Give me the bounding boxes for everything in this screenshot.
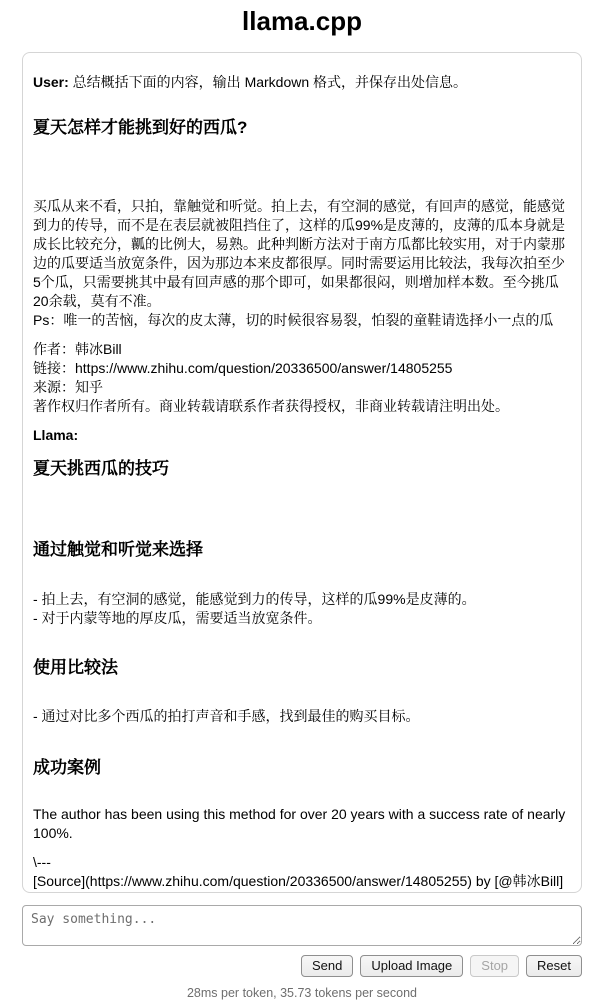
stop-button: Stop xyxy=(470,955,519,977)
source-citation-line: [Source](https://www.zhihu.com/question/… xyxy=(33,873,563,893)
section-bullets-comparison: - 通过对比多个西瓜的拍打声音和手感，找到最佳的购买目标。 xyxy=(33,707,571,726)
attribution-block: 作者：韩冰Bill链接：https://www.zhihu.com/questi… xyxy=(33,340,571,416)
user-label: User: xyxy=(33,74,69,90)
user-ps-text: Ps：唯一的苦恼，每次的皮太薄，切的时候很容易裂，怕裂的童鞋请选择小一点的瓜 xyxy=(33,312,553,328)
app-title: llama.cpp xyxy=(0,6,604,36)
source-divider: \--- xyxy=(33,854,51,870)
assistant-label-line: Llama: xyxy=(33,426,571,445)
section-heading-touch-hearing: 通过触觉和听觉来选择 xyxy=(33,538,571,561)
assistant-title-heading: 夏天挑西瓜的技巧 xyxy=(33,457,571,480)
status-text: 28ms per token, 35.73 tokens per second xyxy=(0,986,604,1000)
action-bar: Send Upload Image Stop Reset xyxy=(22,955,582,977)
section-heading-comparison: 使用比较法 xyxy=(33,656,571,679)
attribution-author: 作者：韩冰Bill xyxy=(33,341,122,357)
upload-image-button[interactable]: Upload Image xyxy=(360,955,463,977)
bullet-line: - 通过对比多个西瓜的拍打声音和手感，找到最佳的购买目标。 xyxy=(33,708,420,724)
user-quoted-body: 买瓜从来不看，只拍，靠触觉和听觉。拍上去，有空洞的感觉，有回声的感觉，能感觉到力… xyxy=(33,197,571,330)
chat-transcript: User: 总结概括下面的内容，输出 Markdown 格式，并保存出处信息。 … xyxy=(22,52,582,893)
attribution-source: 来源：知乎 xyxy=(33,379,103,395)
question-heading: 夏天怎样才能挑到好的西瓜? xyxy=(33,116,571,139)
section-heading-success-case: 成功案例 xyxy=(33,756,571,779)
section-bullets-touch-hearing: - 拍上去，有空洞的感觉，能感觉到力的传导，这样的瓜99%是皮薄的。- 对于内蒙… xyxy=(33,590,571,628)
user-message-intro: User: 总结概括下面的内容，输出 Markdown 格式，并保存出处信息。 xyxy=(33,73,571,92)
bullet-line: - 对于内蒙等地的厚皮瓜，需要适当放宽条件。 xyxy=(33,610,322,626)
assistant-label: Llama: xyxy=(33,427,78,443)
reset-button[interactable]: Reset xyxy=(526,955,582,977)
message-input[interactable] xyxy=(22,905,582,946)
attribution-copyright: 著作权归作者所有。商业转载请联系作者获得授权，非商业转载请注明出处。 xyxy=(33,398,509,414)
user-body-text: 买瓜从来不看，只拍，靠触觉和听觉。拍上去，有空洞的感觉，有回声的感觉，能感觉到力… xyxy=(33,198,565,309)
user-instruction: 总结概括下面的内容，输出 Markdown 格式，并保存出处信息。 xyxy=(69,74,467,90)
source-citation-block: \---[Source](https://www.zhihu.com/quest… xyxy=(33,853,571,893)
success-case-paragraph: The author has been using this method fo… xyxy=(33,805,571,843)
send-button[interactable]: Send xyxy=(301,955,353,977)
attribution-link: 链接：https://www.zhihu.com/question/203365… xyxy=(33,360,452,376)
bullet-line: - 拍上去，有空洞的感觉，能感觉到力的传导，这样的瓜99%是皮薄的。 xyxy=(33,591,476,607)
